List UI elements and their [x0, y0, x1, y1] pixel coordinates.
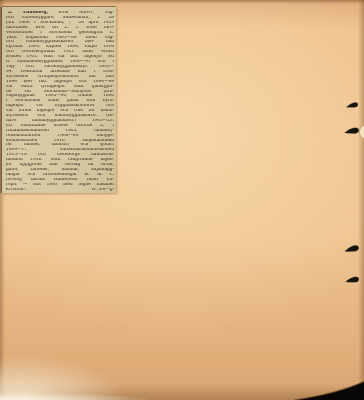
- ink-blot-icon: [344, 99, 359, 111]
- album-page: 2. Lundberg, Emil Albert, väg- och vatte…: [0, 0, 364, 400]
- author-signature: H. Sm—g.: [92, 188, 114, 193]
- underlying-page-edge: [0, 393, 150, 400]
- entry-forenames: Emil Albert,: [59, 11, 95, 15]
- entry-number: 2.: [8, 11, 12, 15]
- scan-area: 2. Lundberg, Emil Albert, väg- och vatte…: [0, 0, 364, 400]
- clipping-body-lines: och vattenbyggare, ämbetsman, f. 28juni …: [6, 16, 114, 188]
- entry-surname: Lundberg,: [23, 11, 48, 15]
- entry-lead-rest: väg-: [105, 11, 114, 15]
- newspaper-clipping: 2. Lundberg, Emil Albert, väg- och vatte…: [2, 7, 116, 193]
- page-edge-notch: [360, 126, 364, 138]
- clipping-last-line: Kristiner. H. Sm—g.: [6, 188, 114, 193]
- scanned-scrapbook-page: { "colors": { "backdrop": "#0b0a08", "al…: [0, 0, 364, 400]
- ink-blot-icon: [342, 242, 361, 256]
- ink-blot-icon: [343, 273, 360, 286]
- wife-surname: Kristiner.: [6, 188, 26, 193]
- clipping-text-block: 2. Lundberg, Emil Albert, väg- och vatte…: [6, 11, 114, 193]
- ink-blot-icon: [343, 124, 361, 136]
